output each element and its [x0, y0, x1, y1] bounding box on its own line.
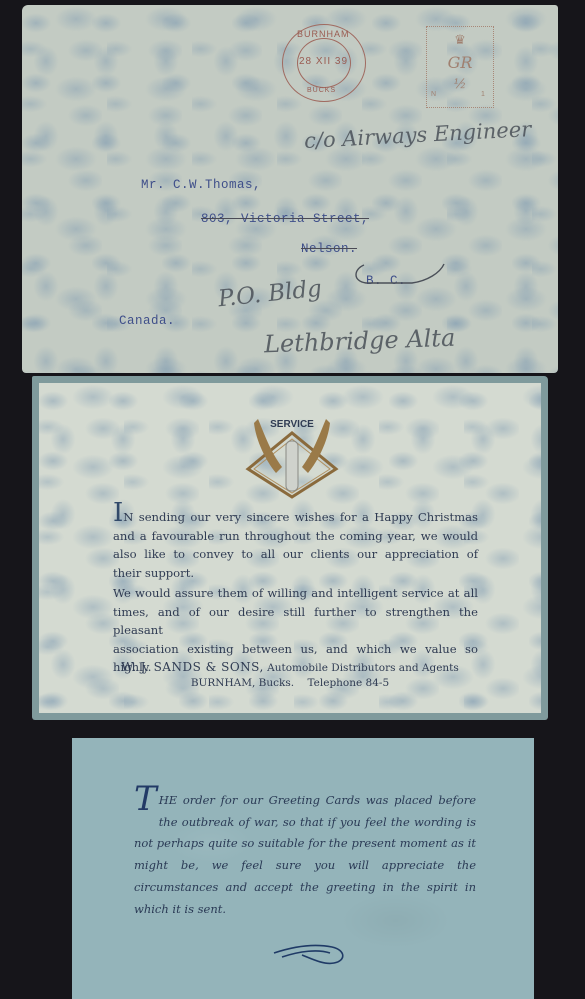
province-underline-stroke — [352, 261, 447, 291]
company-location: BURNHAM, Bucks. — [191, 677, 294, 689]
meter-crown-icon: ♛ — [427, 33, 493, 48]
meter-value: ½ — [427, 77, 493, 92]
handwritten-forward-note: c/o Airways Engineer — [304, 117, 532, 153]
greeting-line: We would assure them of willing and inte… — [113, 584, 478, 603]
wartime-note: THE order for our Greeting Cards was pla… — [72, 738, 534, 999]
note-dropcap: T — [134, 784, 157, 814]
handwritten-redirect-city: Lethbridge Alta — [264, 324, 456, 359]
meter-mark-right: 1 — [481, 91, 486, 98]
meter-cipher: GR — [427, 53, 493, 72]
handwritten-redirect-building: P.O. Bldg — [217, 276, 323, 313]
greeting-line: times, and of our desire still further t… — [113, 603, 478, 640]
meter-mark-left: N — [431, 91, 437, 98]
signature-line-1: W. J. SANDS & SONS, Automobile Distribut… — [39, 660, 541, 674]
postmark: BURNHAM 28 XII 39 BUCKS — [282, 24, 366, 102]
envelope: BURNHAM 28 XII 39 BUCKS ♛ GR ½ N 1 c/o A… — [22, 5, 558, 373]
address-city: Nelson. — [301, 242, 357, 256]
greeting-line: IN sending our very sincere wishes for a… — [113, 503, 478, 527]
company-name: W. J. SANDS & SONS, — [121, 660, 264, 674]
address-country: Canada. — [119, 314, 175, 328]
postmark-town: BURNHAM — [297, 29, 350, 39]
greeting-line: their support. — [113, 564, 478, 583]
greeting-line: and a favourable run throughout the comi… — [113, 527, 478, 546]
signature-line-2: BURNHAM, Bucks. Telephone 84-5 — [39, 677, 541, 689]
address-name: Mr. C.W.Thomas, — [141, 178, 261, 192]
winged-emblem-icon: SERVICE — [244, 413, 340, 505]
postmark-date: 28 XII 39 — [299, 56, 348, 67]
company-telephone: Telephone 84-5 — [307, 677, 389, 689]
greeting-paragraph-1: IN sending our very sincere wishes for a… — [113, 503, 478, 582]
meter-stamp: ♛ GR ½ N 1 — [426, 26, 494, 108]
note-paragraph: THE order for our Greeting Cards was pla… — [134, 790, 476, 920]
greeting-dropcap: I — [113, 498, 123, 528]
company-business: Automobile Distributors and Agents — [267, 662, 459, 674]
service-logo: SERVICE — [244, 413, 340, 505]
postmark-county: BUCKS — [307, 87, 336, 94]
note-body: HE order for our Greeting Cards was plac… — [134, 793, 476, 916]
greeting-card-face: SERVICE IN sending our very sincere wish… — [39, 383, 541, 713]
greeting-card: SERVICE IN sending our very sincere wish… — [32, 376, 548, 720]
address-street: 803, Victoria Street, — [201, 212, 369, 226]
greeting-line: also like to convey to all our clients o… — [113, 545, 478, 564]
flourish-ornament-icon — [272, 941, 348, 967]
svg-text:SERVICE: SERVICE — [270, 419, 314, 430]
